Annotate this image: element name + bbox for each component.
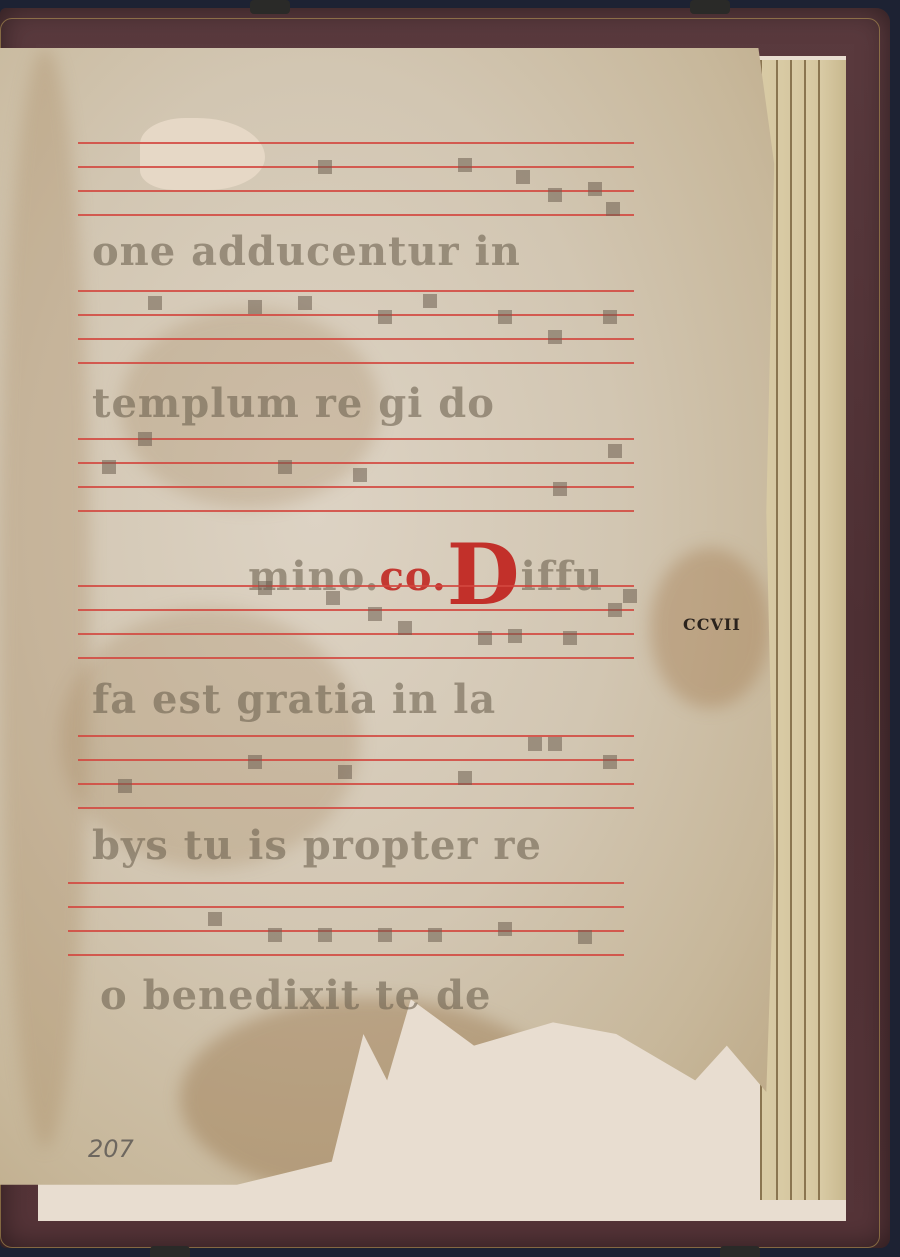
music-staff bbox=[78, 290, 634, 370]
music-staff bbox=[68, 882, 624, 962]
clasp bbox=[720, 1246, 760, 1257]
lyric-line: one adducentur in bbox=[92, 228, 521, 275]
music-staff bbox=[78, 735, 634, 815]
lyric-line: bys tu is propter re bbox=[92, 822, 542, 869]
clasp bbox=[250, 0, 290, 14]
music-staff bbox=[78, 438, 634, 518]
lyric-line: templum re gi do bbox=[92, 380, 495, 427]
pencil-foliation: 207 bbox=[88, 1135, 134, 1163]
music-staff bbox=[78, 142, 634, 222]
clasp bbox=[690, 0, 730, 14]
clasp bbox=[150, 1246, 190, 1257]
stacked-leaves bbox=[760, 60, 846, 1200]
lyric-line: fa est gratia in la bbox=[92, 676, 496, 723]
music-staff bbox=[78, 585, 634, 665]
lyric-line: o benedixit te de bbox=[100, 972, 491, 1019]
folio-number: CCVII bbox=[683, 615, 741, 634]
